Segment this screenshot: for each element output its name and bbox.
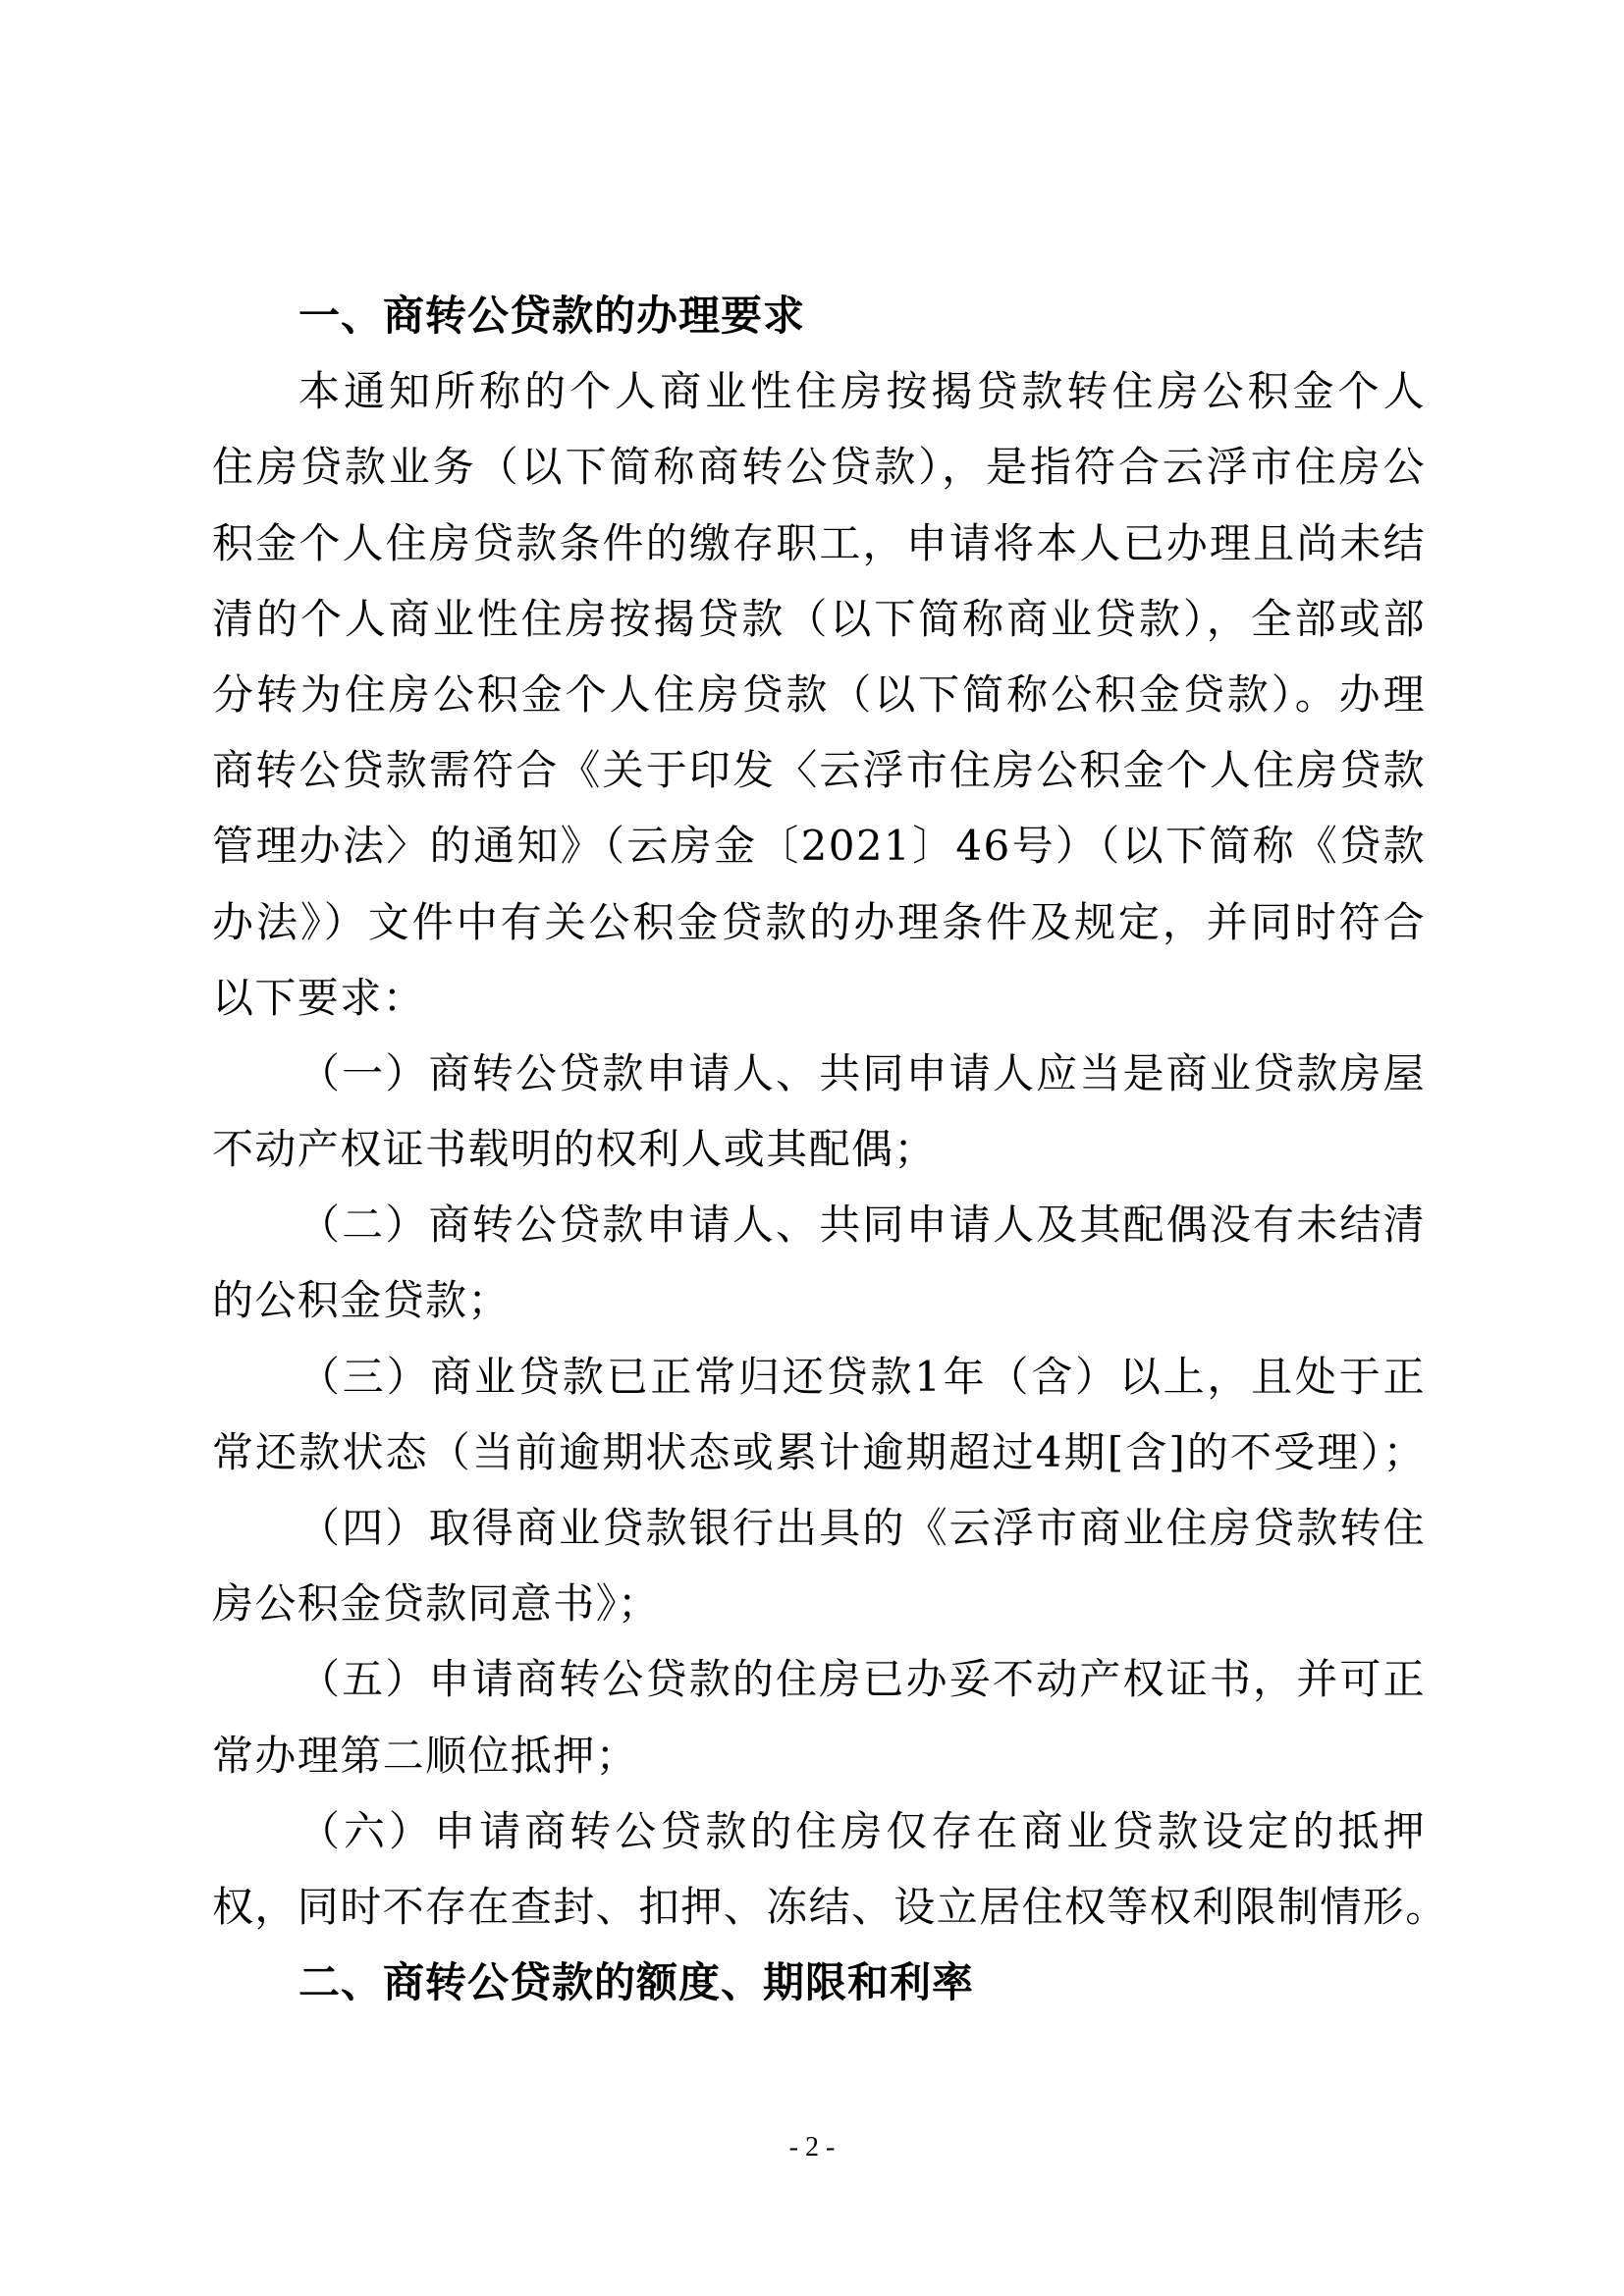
requirement-3-line: （三）商业贷款已正常归还贷款1年（含）以上，且处于正 <box>212 1339 1426 1415</box>
paragraph-line: 以下要求： <box>212 960 1426 1036</box>
paragraph-line: 清的个人商业性住房按揭贷款（以下简称商业贷款），全部或部 <box>212 581 1426 657</box>
requirement-3-line: 常还款状态（当前逾期状态或累计逾期超过4期[含]的不受理）； <box>212 1415 1426 1490</box>
paragraph-line: 管理办法〉的通知》（云房金〔2021〕46号）（以下简称《贷款 <box>212 808 1426 883</box>
requirement-1-line: 不动产权证书载明的权利人或其配偶； <box>212 1111 1426 1187</box>
paragraph-line: 本通知所称的个人商业性住房按揭贷款转住房公积金个人 <box>212 353 1426 429</box>
document-page: 一、商转公贷款的办理要求 本通知所称的个人商业性住房按揭贷款转住房公积金个人 住… <box>0 0 1624 2296</box>
paragraph-line: 积金个人住房贷款条件的缴存职工，申请将本人已办理且尚未结 <box>212 506 1426 581</box>
paragraph-line: 商转公贷款需符合《关于印发〈云浮市住房公积金个人住房贷款 <box>212 732 1426 808</box>
requirement-2-line: 的公积金贷款； <box>212 1262 1426 1338</box>
requirement-5-line: （五）申请商转公贷款的住房已办妥不动产权证书，并可正 <box>212 1641 1426 1717</box>
requirement-1-line: （一）商转公贷款申请人、共同申请人应当是商业贷款房屋 <box>212 1036 1426 1111</box>
page-number: - 2 - <box>0 2132 1624 2163</box>
section-heading-2: 二、商转公贷款的额度、期限和利率 <box>212 1945 1426 2020</box>
requirement-4-line: （四）取得商业贷款银行出具的《云浮市商业住房贷款转住 <box>212 1490 1426 1566</box>
paragraph-line: 办法》）文件中有关公积金贷款的办理条件及规定，并同时符合 <box>212 884 1426 960</box>
requirement-2-line: （二）商转公贷款申请人、共同申请人及其配偶没有未结清 <box>212 1187 1426 1262</box>
document-body: 一、商转公贷款的办理要求 本通知所称的个人商业性住房按揭贷款转住房公积金个人 住… <box>212 278 1426 2020</box>
requirement-6-line: （六）申请商转公贷款的住房仅存在商业贷款设定的抵押 <box>212 1793 1426 1869</box>
requirement-4-line: 房公积金贷款同意书》； <box>212 1566 1426 1641</box>
paragraph-line: 住房贷款业务（以下简称商转公贷款），是指符合云浮市住房公 <box>212 429 1426 505</box>
requirement-6-line: 权，同时不存在查封、扣押、冻结、设立居住权等权利限制情形。 <box>212 1869 1426 1945</box>
paragraph-line: 分转为住房公积金个人住房贷款（以下简称公积金贷款）。办理 <box>212 657 1426 732</box>
section-heading-1: 一、商转公贷款的办理要求 <box>212 278 1426 353</box>
requirement-5-line: 常办理第二顺位抵押； <box>212 1718 1426 1793</box>
